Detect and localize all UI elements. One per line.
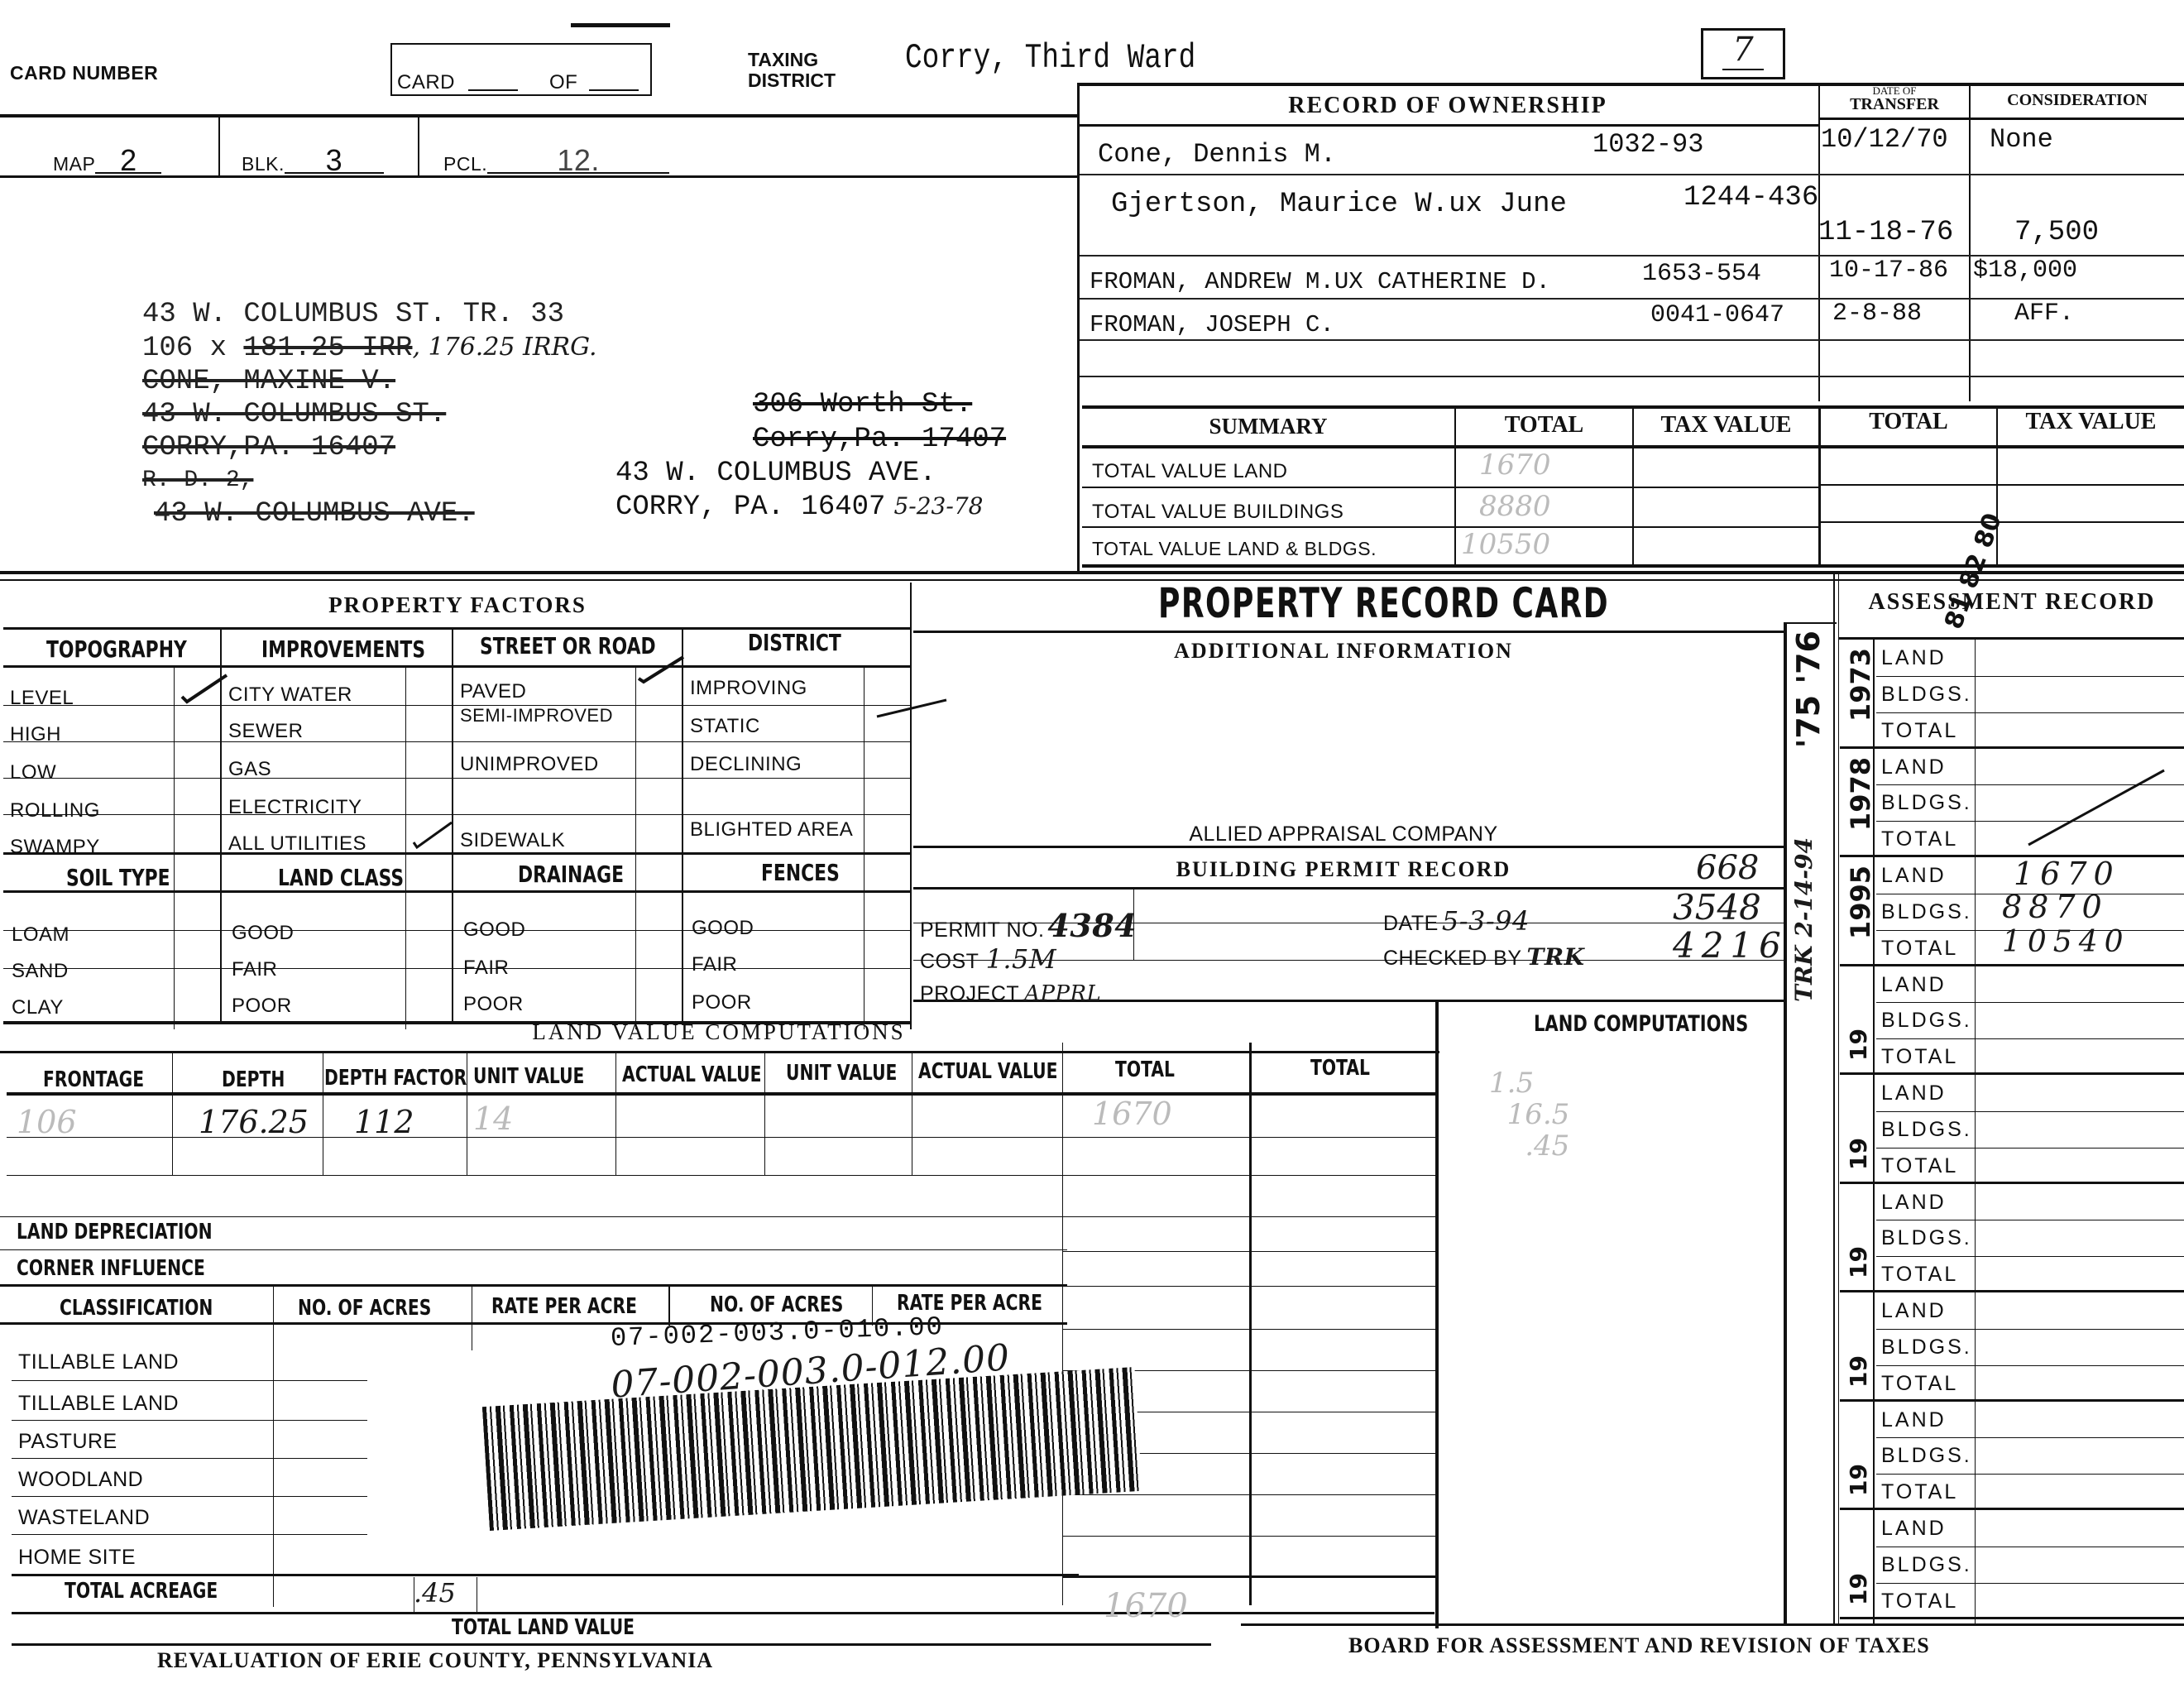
blk-field[interactable]: BLK.3 bbox=[242, 149, 384, 175]
summary-label-buildings: TOTAL VALUE BUILDINGS bbox=[1092, 501, 1343, 524]
soil-type-header: SOIL TYPE bbox=[66, 864, 170, 891]
summary-total-buildings: 8880 bbox=[1479, 490, 1551, 523]
class-tillable-land-1: TILLABLE LAND bbox=[18, 1350, 179, 1374]
col-actual-value: ACTUAL VALUE bbox=[622, 1062, 761, 1087]
street-semi-improved[interactable]: SEMI-IMPROVED bbox=[460, 707, 625, 725]
assessment-label-total: TOTAL bbox=[1881, 827, 1958, 851]
checked-by-field[interactable]: CHECKED BYTRK bbox=[1383, 943, 1585, 971]
assessment-side-note-1: '75 '76 bbox=[1790, 631, 1827, 748]
check-icon-all-utilities bbox=[412, 819, 453, 852]
assessment-label-land: LAND bbox=[1881, 646, 1947, 670]
col-actual-value-2: ACTUAL VALUE bbox=[918, 1059, 1057, 1084]
topo-low[interactable]: LOW bbox=[10, 761, 56, 784]
cost-field[interactable]: COST1.5M bbox=[920, 943, 1056, 975]
footer-right: BOARD FOR ASSESSMENT AND REVISION OF TAX… bbox=[1348, 1633, 1930, 1658]
assessment-label-total: TOTAL bbox=[1881, 937, 1958, 961]
project-field[interactable]: PROJECTAPPRL bbox=[920, 981, 1101, 1006]
assessment-label-total: TOTAL bbox=[1881, 1154, 1958, 1178]
assessment-year: 19 bbox=[1845, 1138, 1872, 1170]
assessment-label-total: TOTAL bbox=[1881, 1263, 1958, 1287]
total-header: TOTAL bbox=[1456, 412, 1632, 439]
summary-total-land: 1670 bbox=[1479, 448, 1551, 482]
assessment-block: 19 LAND BLDGS. TOTAL bbox=[1840, 1510, 2184, 1619]
soil-clay[interactable]: CLAY bbox=[12, 996, 64, 1019]
class-tillable-land-2: TILLABLE LAND bbox=[18, 1392, 179, 1416]
topo-rolling[interactable]: ROLLING bbox=[10, 799, 100, 822]
assessment-label-land: LAND bbox=[1881, 755, 1947, 779]
drainage-header: DRAINAGE bbox=[518, 861, 624, 888]
class-pasture: PASTURE bbox=[18, 1430, 117, 1454]
assessment-label-bldgs: BLDGS. bbox=[1881, 900, 1972, 924]
drainage-poor[interactable]: POOR bbox=[463, 993, 524, 1016]
assessment-block: 19 LAND BLDGS. TOTAL bbox=[1840, 1075, 2184, 1184]
assessment-label-total: TOTAL bbox=[1881, 1480, 1958, 1504]
class-home-site: HOME SITE bbox=[18, 1546, 136, 1570]
depth-factor-value: 112 bbox=[354, 1104, 414, 1140]
of-number-field[interactable] bbox=[589, 89, 639, 91]
summary-total-land-bldgs: 10550 bbox=[1461, 528, 1550, 561]
assessment-label-land: LAND bbox=[1881, 973, 1947, 997]
assessment-year: 19 bbox=[1845, 1246, 1872, 1278]
drainage-good[interactable]: GOOD bbox=[463, 918, 525, 942]
street-sidewalk[interactable]: SIDEWALK bbox=[460, 829, 565, 852]
district-blighted-area[interactable]: BLIGHTED AREA bbox=[690, 821, 855, 839]
assessment-label-land: LAND bbox=[1881, 1299, 1947, 1323]
date-transfer-header: DATE OF TRANSFER bbox=[1820, 84, 1969, 111]
permit-side-number-1: 668 bbox=[1696, 849, 1759, 887]
tax-value-header: TAX VALUE bbox=[1634, 412, 1818, 439]
assessment-block: 19 LAND BLDGS. TOTAL bbox=[1840, 1402, 2184, 1511]
impr-sewer[interactable]: SEWER bbox=[228, 720, 304, 743]
assessment-side-note-3: TRK 2-14-94 bbox=[1790, 837, 1818, 1002]
col-unit-value: UNIT VALUE bbox=[473, 1064, 584, 1089]
address-line-1: 43 W. COLUMBUS ST. TR. 33 bbox=[142, 298, 597, 331]
assessment-label-bldgs: BLDGS. bbox=[1881, 1553, 1972, 1577]
ownership-row-empty[interactable] bbox=[1080, 341, 2184, 377]
assessment-year: 1973 bbox=[1845, 648, 1876, 722]
building-permit-title: BUILDING PERMIT RECORD bbox=[913, 857, 1774, 882]
col-depth: DEPTH bbox=[222, 1067, 285, 1092]
assessment-label-bldgs: BLDGS. bbox=[1881, 1336, 1972, 1360]
assessment-label-total: TOTAL bbox=[1881, 1590, 1958, 1614]
assessment-year: 19 bbox=[1845, 1464, 1872, 1496]
check-icon-paved bbox=[637, 652, 687, 685]
cross-out-line bbox=[2027, 765, 2167, 848]
land-class-header: LAND CLASS bbox=[278, 864, 404, 891]
classification-header: CLASSIFICATION bbox=[60, 1296, 213, 1321]
total-land-value-label: TOTAL LAND VALUE bbox=[452, 1615, 635, 1640]
col-depth-factor: DEPTH FACTOR bbox=[324, 1066, 467, 1091]
assessment-label-bldgs: BLDGS. bbox=[1881, 791, 1972, 815]
assessment-label-total: TOTAL bbox=[1881, 719, 1958, 743]
district-header: DISTRICT bbox=[748, 629, 841, 656]
total-value: 1670 bbox=[1092, 1096, 1172, 1132]
old-avenue-line: 43 W. COLUMBUS AVE. bbox=[142, 497, 597, 530]
box-number: 7 bbox=[1701, 28, 1785, 79]
card-number-label: CARD NUMBER bbox=[10, 63, 101, 84]
street-unimproved[interactable]: UNIMPROVED bbox=[460, 753, 599, 776]
no-of-acres-header-2: NO. OF ACRES bbox=[710, 1292, 843, 1317]
assessment-year: 1995 bbox=[1845, 866, 1876, 939]
taxing-district-value: Corry, Third Ward bbox=[905, 38, 1195, 78]
consideration-header: CONSIDERATION bbox=[1971, 91, 2184, 110]
total-header-2: TOTAL bbox=[1821, 409, 1996, 435]
assessment-block: 1995 LAND BLDGS. TOTAL 1670 8870 10540 bbox=[1840, 857, 2184, 966]
land-computations-title: LAND COMPUTATIONS bbox=[1534, 1011, 1748, 1037]
col-total-2: TOTAL bbox=[1310, 1056, 1370, 1081]
property-address-block: 43 W. COLUMBUS ST. TR. 33 106 x 181.25 I… bbox=[142, 298, 597, 530]
taxing-district-label: TAXING DISTRICT bbox=[748, 50, 855, 91]
card-label: CARD bbox=[397, 71, 455, 94]
assessment-land-value[interactable]: 1670 bbox=[2014, 856, 2120, 892]
summary-header: SUMMARY bbox=[1082, 414, 1454, 439]
permit-no-field[interactable]: PERMIT NO.4384 bbox=[920, 907, 1137, 944]
soil-loam[interactable]: LOAM bbox=[12, 923, 69, 947]
col-unit-value-2: UNIT VALUE bbox=[786, 1061, 897, 1086]
assessment-label-bldgs: BLDGS. bbox=[1881, 683, 1972, 707]
assessment-label-total: TOTAL bbox=[1881, 1045, 1958, 1069]
assessment-block: 19 LAND BLDGS. TOTAL bbox=[1840, 1292, 2184, 1402]
fences-good[interactable]: GOOD bbox=[692, 917, 754, 940]
class-woodland: WOODLAND bbox=[18, 1468, 143, 1492]
old-address-line: 43 W. COLUMBUS ST. bbox=[142, 398, 597, 431]
check-icon-level bbox=[180, 672, 230, 705]
permit-side-number-2: 3548 bbox=[1673, 887, 1761, 928]
corner-influence-label: CORNER INFLUENCE bbox=[17, 1256, 205, 1281]
check-icon-static bbox=[875, 697, 950, 722]
street-paved[interactable]: PAVED bbox=[460, 680, 526, 703]
assessment-block: 19 LAND BLDGS. TOTAL bbox=[1840, 1184, 2184, 1293]
assessment-year: 19 bbox=[1845, 1029, 1872, 1061]
property-factors-title: PROPERTY FACTORS bbox=[3, 592, 912, 618]
footer-left: REVALUATION OF ERIE COUNTY, PENNSYLVANIA bbox=[157, 1648, 713, 1673]
card-title: PROPERTY RECORD CARD bbox=[1158, 579, 1609, 627]
card-number-field[interactable] bbox=[468, 89, 518, 91]
assessment-record-title: ASSESSMENT RECORD bbox=[1840, 589, 2184, 616]
col-total: TOTAL bbox=[1115, 1057, 1175, 1082]
assessment-total-value[interactable]: 10540 bbox=[2002, 925, 2130, 959]
no-of-acres-header: NO. OF ACRES bbox=[298, 1296, 431, 1321]
unit-value-value: 14 bbox=[473, 1101, 513, 1137]
assessment-label-total: TOTAL bbox=[1881, 1372, 1958, 1396]
depth-value: 176.25 bbox=[199, 1104, 309, 1140]
topography-header: TOPOGRAPHY bbox=[46, 635, 187, 663]
lot-dimensions: 106 x 181.25 IRR, 176.25 IRRG. bbox=[142, 331, 597, 365]
map-field[interactable]: MAP2 bbox=[53, 149, 161, 175]
old-rd-line: R. D. 2, bbox=[142, 464, 597, 497]
class-wasteland: WASTELAND bbox=[18, 1506, 150, 1530]
pcl-field[interactable]: PCL.12. bbox=[443, 149, 669, 175]
of-label: OF bbox=[549, 71, 577, 94]
ownership-row: FROMAN, JOSEPH C. 0041-0647 2-8-88 AFF. bbox=[1080, 300, 2184, 341]
land-computations-notes: 1.5 16.5 .45 bbox=[1489, 1067, 1569, 1162]
topo-high[interactable]: HIGH bbox=[10, 723, 61, 746]
impr-electricity[interactable]: ELECTRICITY bbox=[228, 796, 362, 819]
ownership-row: FROMAN, ANDREW M.UX CATHERINE D. 1653-55… bbox=[1080, 257, 2184, 300]
land-depreciation-label: LAND DEPRECIATION bbox=[17, 1220, 213, 1244]
summary-label-land-bldgs: TOTAL VALUE LAND & BLDGS. bbox=[1092, 538, 1377, 560]
assessment-label-bldgs: BLDGS. bbox=[1881, 1444, 1972, 1468]
drainage-fair[interactable]: FAIR bbox=[463, 957, 509, 980]
assessment-block: 1978 LAND BLDGS. TOTAL bbox=[1840, 749, 2184, 858]
card-of-box: CARD OF bbox=[390, 43, 652, 96]
assessment-bldgs-value[interactable]: 8870 bbox=[2002, 889, 2109, 925]
total-acreage-value: .45 bbox=[414, 1577, 456, 1609]
assessment-label-land: LAND bbox=[1881, 1081, 1947, 1105]
assessment-year: 19 bbox=[1845, 1355, 1872, 1388]
current-mailing-address: 43 W. COLUMBUS AVE. CORRY, PA. 164075-23… bbox=[615, 457, 983, 524]
summary-table: SUMMARY TOTAL TAX VALUE TOTAL TAX VALUE … bbox=[1082, 405, 2184, 567]
appraisal-company: ALLIED APPRAISAL COMPANY bbox=[913, 822, 1774, 846]
rate-per-acre-header: RATE PER ACRE bbox=[491, 1294, 637, 1319]
ownership-row: Gjertson, Maurice W.ux June 1244-436 11-… bbox=[1080, 175, 2184, 257]
land-class-poor[interactable]: POOR bbox=[232, 995, 292, 1018]
land-class-fair[interactable]: FAIR bbox=[232, 958, 277, 981]
impr-gas[interactable]: GAS bbox=[228, 758, 271, 781]
assessment-year: 1978 bbox=[1845, 757, 1876, 831]
property-factors-section: PROPERTY FACTORS TOPOGRAPHY IMPROVEMENTS… bbox=[3, 583, 912, 1029]
fences-poor[interactable]: POOR bbox=[692, 991, 752, 1014]
district-static[interactable]: STATIC bbox=[690, 715, 760, 738]
address-change-date: 5-23-78 bbox=[893, 492, 983, 520]
summary-label-land: TOTAL VALUE LAND bbox=[1092, 460, 1288, 483]
land-class-good[interactable]: GOOD bbox=[232, 922, 294, 945]
ownership-row: Cone, Dennis M. 1032-93 10/12/70 None bbox=[1080, 124, 2184, 175]
street-or-road-header: STREET OR ROAD bbox=[480, 632, 656, 659]
soil-sand[interactable]: SAND bbox=[12, 960, 69, 983]
fences-fair[interactable]: FAIR bbox=[692, 953, 737, 976]
land-value-title: LAND VALUE COMPUTATIONS bbox=[3, 1019, 1434, 1045]
district-improving[interactable]: IMPROVING bbox=[690, 677, 807, 700]
impr-all-utilities[interactable]: ALL UTILITIES bbox=[228, 832, 366, 856]
old-owner-line: CONE, MAXINE V. bbox=[142, 365, 597, 398]
prior-mailing-address: 306 Worth St. Corry,Pa. 17407 bbox=[753, 387, 1006, 457]
assessment-label-bldgs: BLDGS. bbox=[1881, 1226, 1972, 1250]
total-acreage-label: TOTAL ACREAGE bbox=[65, 1579, 218, 1604]
old-city-line: CORRY,PA. 16407 bbox=[142, 431, 597, 464]
ownership-table: Cone, Dennis M. 1032-93 10/12/70 None Gj… bbox=[1080, 124, 2184, 377]
assessment-label-bldgs: BLDGS. bbox=[1881, 1009, 1972, 1033]
tax-value-header-2: TAX VALUE bbox=[1998, 409, 2184, 435]
improvements-header: IMPROVEMENTS bbox=[261, 635, 425, 663]
district-declining[interactable]: DECLINING bbox=[690, 753, 802, 776]
col-frontage: FRONTAGE bbox=[43, 1067, 144, 1092]
additional-info-title: ADDITIONAL INFORMATION bbox=[913, 639, 1774, 664]
barcode bbox=[482, 1367, 1142, 1531]
assessment-block: 19 LAND BLDGS. TOTAL bbox=[1840, 966, 2184, 1076]
assessment-label-land: LAND bbox=[1881, 864, 1947, 888]
fences-header: FENCES bbox=[761, 859, 840, 886]
permit-side-number-3: 4216 bbox=[1673, 925, 1788, 966]
impr-city-water[interactable]: CITY WATER bbox=[228, 683, 352, 707]
permit-date-field[interactable]: DATE5-3-94 bbox=[1383, 905, 1530, 937]
topo-level[interactable]: LEVEL bbox=[10, 687, 74, 710]
assessment-label-land: LAND bbox=[1881, 1191, 1947, 1215]
total-land-value: 1670 bbox=[1104, 1587, 1188, 1625]
assessment-label-bldgs: BLDGS. bbox=[1881, 1118, 1972, 1142]
ownership-title: RECORD OF OWNERSHIP bbox=[1084, 93, 1812, 119]
assessment-year: 19 bbox=[1845, 1573, 1872, 1605]
assessment-label-land: LAND bbox=[1881, 1517, 1947, 1541]
assessment-block: 1973 LAND BLDGS. TOTAL 81 82 80 bbox=[1840, 640, 2184, 749]
topo-swampy[interactable]: SWAMPY bbox=[10, 836, 100, 859]
assessment-label-land: LAND bbox=[1881, 1408, 1947, 1432]
frontage-value: 106 bbox=[17, 1104, 77, 1140]
